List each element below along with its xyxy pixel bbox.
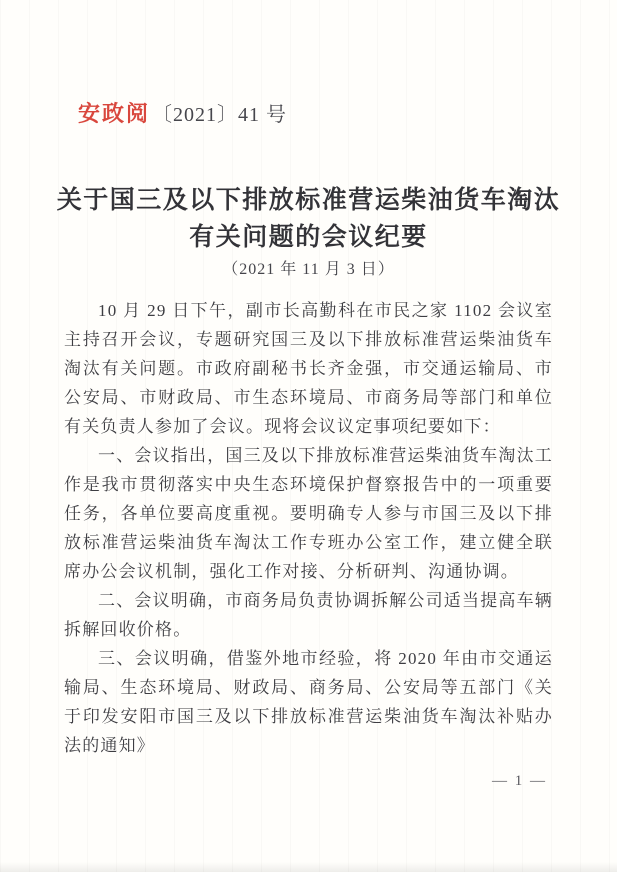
document-title-line2: 有关问题的会议纪要 — [0, 219, 617, 256]
document-date: （2021 年 11 月 3 日） — [0, 256, 617, 279]
paragraph-item-1: 一、会议指出，国三及以下排放标准营运柴油货车淘汰工作是我市贯彻落实中央生态环境保… — [64, 441, 553, 586]
document-number-text: 〔2021〕41 号 — [152, 104, 287, 126]
document-body: 10 月 29 日下午，副市长高勤科在市民之家 1102 会议室主持召开会议，专… — [64, 296, 553, 760]
document-title-line1: 关于国三及以下排放标准营运柴油货车淘汰 — [0, 182, 617, 219]
paragraph-item-2: 二、会议明确，市商务局负责协调拆解公司适当提高车辆拆解回收价格。 — [64, 586, 553, 644]
page-number: — 1 — — [492, 773, 547, 790]
document-title: 关于国三及以下排放标准营运柴油货车淘汰 有关问题的会议纪要 — [0, 182, 617, 256]
paragraph-item-3: 三、会议明确，借鉴外地市经验，将 2020 年由市交通运输局、生态环境局、财政局… — [64, 644, 553, 760]
paragraph-intro: 10 月 29 日下午，副市长高勤科在市民之家 1102 会议室主持召开会议，专… — [64, 296, 553, 441]
document-number: 安政阅〔2021〕41 号 — [78, 97, 287, 128]
issuer-mark: 安政阅 — [78, 101, 150, 126]
scanned-document-page: 安政阅〔2021〕41 号 关于国三及以下排放标准营运柴油货车淘汰 有关问题的会… — [0, 0, 617, 872]
